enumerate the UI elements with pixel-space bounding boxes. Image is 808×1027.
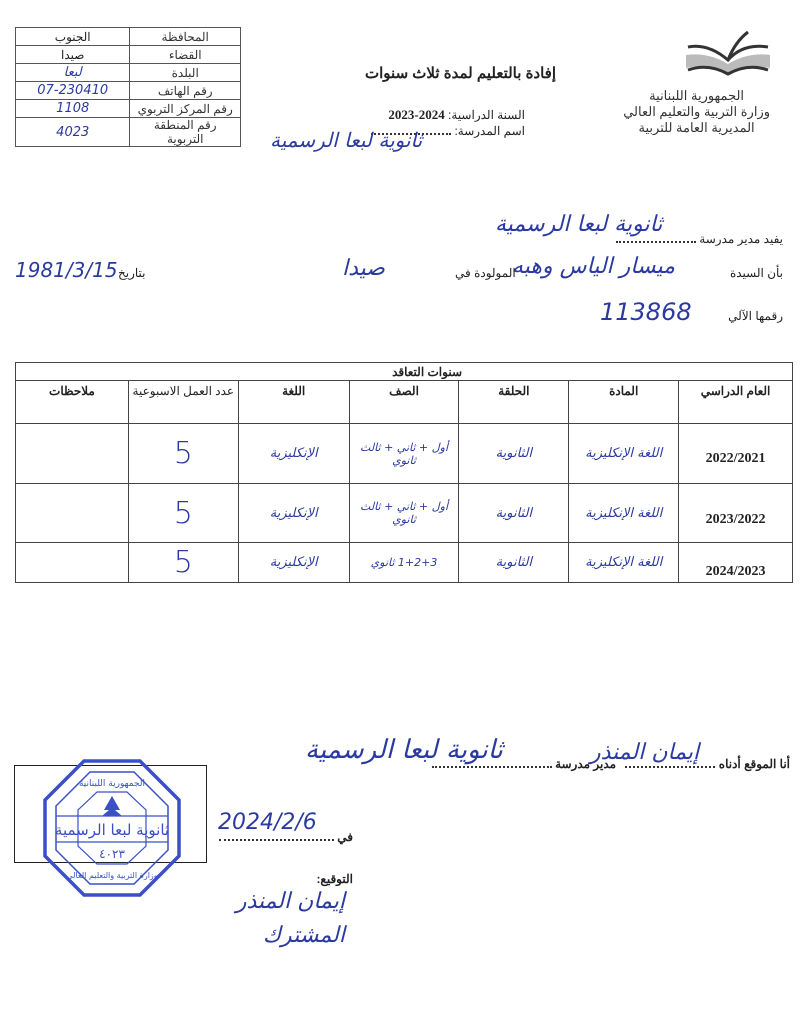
info-row: رقم الهاتف 07-230410 bbox=[16, 82, 241, 100]
column-header-class: الصف bbox=[349, 381, 459, 424]
column-header-cycle: الحلقة bbox=[459, 381, 569, 424]
column-header-year: العام الدراسي bbox=[679, 381, 793, 424]
table-caption: سنوات التعاقد bbox=[16, 363, 793, 381]
cell-cycle: الثانوية bbox=[459, 484, 569, 543]
cell-subject: اللغة الإنكليزية bbox=[569, 543, 679, 583]
table-header-row: العام الدراسي المادة الحلقة الصف اللغة ع… bbox=[16, 381, 793, 424]
contract-years-table: سنوات التعاقد العام الدراسي المادة الحلق… bbox=[15, 362, 793, 583]
registration-label: رقمها الآلي bbox=[728, 309, 783, 323]
school-name-label: اسم المدرسة: bbox=[454, 124, 525, 138]
cell-year: 2022/2021 bbox=[679, 424, 793, 484]
cell-cycle: الثانوية bbox=[459, 543, 569, 583]
info-label: المحافظة bbox=[130, 28, 241, 46]
column-header-language: اللغة bbox=[238, 381, 349, 424]
birth-date-handwritten: 1981/3/15 bbox=[15, 258, 118, 282]
ministry-header: الجمهورية اللبنانية وزارة التربية والتعل… bbox=[623, 88, 770, 136]
open-book-icon bbox=[683, 30, 773, 78]
statement-prefix: يفيد مدير مدرسة bbox=[699, 232, 783, 246]
cell-weekly-hours: 5 bbox=[128, 424, 238, 484]
table-row: 2024/2023 اللغة الإنكليزية الثانوية 1+2+… bbox=[16, 543, 793, 583]
info-label: البلدة bbox=[130, 64, 241, 82]
teacher-name-handwritten: ميسار الياس وهبه bbox=[512, 254, 675, 279]
column-header-weekly-hours: عدد العمل الاسبوعية bbox=[128, 381, 238, 424]
info-row: رقم المنطقة التربوية 4023 bbox=[16, 118, 241, 147]
registration-number-handwritten: 113868 bbox=[600, 298, 692, 326]
signature-handwritten: إيمان المنذر المشترك bbox=[205, 885, 345, 953]
info-value: 1108 bbox=[16, 100, 130, 118]
official-stamp: ثانوية لبعا الرسمية ٤٠٢٣ الجمهورية اللبن… bbox=[42, 758, 182, 898]
school-name-handwritten: ثانوية لبعا الرسمية bbox=[270, 128, 422, 152]
ministry-line-1: الجمهورية اللبنانية bbox=[623, 88, 770, 104]
dotted-line bbox=[432, 766, 552, 768]
cell-subject: اللغة الإنكليزية bbox=[569, 484, 679, 543]
cell-language: الإنكليزية bbox=[238, 484, 349, 543]
born-in-label: المولودة في bbox=[455, 266, 516, 280]
in-label: في bbox=[337, 830, 353, 844]
info-value: لبعا bbox=[16, 64, 130, 82]
svg-text:ثانوية لبعا الرسمية: ثانوية لبعا الرسمية bbox=[55, 821, 169, 839]
svg-text:٤٠٢٣: ٤٠٢٣ bbox=[99, 847, 125, 861]
cell-notes bbox=[16, 484, 129, 543]
table-row: 2023/2022 اللغة الإنكليزية الثانوية أول … bbox=[16, 484, 793, 543]
dotted-line bbox=[219, 839, 334, 841]
statement-school-handwritten: ثانوية لبعا الرسمية bbox=[495, 212, 662, 237]
academic-year-row: السنة الدراسية: 2024-2023 bbox=[388, 107, 525, 123]
ministry-line-2: وزارة التربية والتعليم العالي bbox=[623, 104, 770, 120]
director-school-handwritten: ثانوية لبعا الرسمية bbox=[305, 735, 503, 765]
cell-class: أول + ثاني + ثالث ثانوي bbox=[349, 484, 459, 543]
cell-language: الإنكليزية bbox=[238, 543, 349, 583]
ministry-line-3: المديرية العامة للتربية bbox=[623, 120, 770, 136]
info-label: رقم المركز التربوي bbox=[130, 100, 241, 118]
info-row: رقم المركز التربوي 1108 bbox=[16, 100, 241, 118]
cell-notes bbox=[16, 543, 129, 583]
table-row: 2022/2021 اللغة الإنكليزية الثانوية أول … bbox=[16, 424, 793, 484]
born-in-handwritten: صيدا bbox=[342, 256, 385, 281]
column-header-subject: المادة bbox=[569, 381, 679, 424]
info-label: القضاء bbox=[130, 46, 241, 64]
cell-year: 2023/2022 bbox=[679, 484, 793, 543]
info-value: صيدا bbox=[16, 46, 130, 64]
cell-notes bbox=[16, 424, 129, 484]
cell-language: الإنكليزية bbox=[238, 424, 349, 484]
svg-text:الجمهورية اللبنانية: الجمهورية اللبنانية bbox=[79, 779, 145, 789]
column-header-notes: ملاحظات bbox=[16, 381, 129, 424]
info-value: 07-230410 bbox=[16, 82, 130, 100]
info-value: الجنوب bbox=[16, 28, 130, 46]
svg-text:وزارة التربية والتعليم العالي: وزارة التربية والتعليم العالي bbox=[66, 871, 157, 880]
cedar-icon bbox=[102, 796, 122, 816]
cell-class: أول + ثاني + ثالث ثانوي bbox=[349, 424, 459, 484]
info-label: رقم المنطقة التربوية bbox=[130, 118, 241, 147]
cell-class: 1+2+3 ثانوي bbox=[349, 543, 459, 583]
signature-label: التوقيع: bbox=[316, 872, 353, 886]
statement-line-2: بأن السيدة bbox=[730, 266, 783, 280]
cell-weekly-hours: 5 bbox=[128, 484, 238, 543]
info-value: 4023 bbox=[16, 118, 130, 147]
document-title: إفادة بالتعليم لمدة ثلاث سنوات bbox=[365, 64, 556, 82]
info-row: القضاء صيدا bbox=[16, 46, 241, 64]
date-label: بتاريخ bbox=[118, 266, 146, 280]
academic-year-value: 2024-2023 bbox=[388, 107, 444, 122]
undersigned-label: أنا الموقع أدناه bbox=[719, 757, 790, 771]
info-table: المحافظة الجنوب القضاء صيدا البلدة لبعا … bbox=[15, 27, 241, 147]
dotted-line bbox=[625, 766, 715, 768]
info-row: البلدة لبعا bbox=[16, 64, 241, 82]
cell-subject: اللغة الإنكليزية bbox=[569, 424, 679, 484]
info-label: رقم الهاتف bbox=[130, 82, 241, 100]
cell-year: 2024/2023 bbox=[679, 543, 793, 583]
academic-year-label: السنة الدراسية: bbox=[448, 108, 525, 122]
undersigned-name-handwritten: إيمان المنذر bbox=[590, 740, 699, 765]
date-handwritten: 2024/2/6 bbox=[218, 810, 317, 835]
cell-cycle: الثانوية bbox=[459, 424, 569, 484]
cell-weekly-hours: 5 bbox=[128, 543, 238, 583]
name-prefix: بأن السيدة bbox=[730, 266, 783, 280]
dotted-line bbox=[616, 241, 696, 243]
info-row: المحافظة الجنوب bbox=[16, 28, 241, 46]
